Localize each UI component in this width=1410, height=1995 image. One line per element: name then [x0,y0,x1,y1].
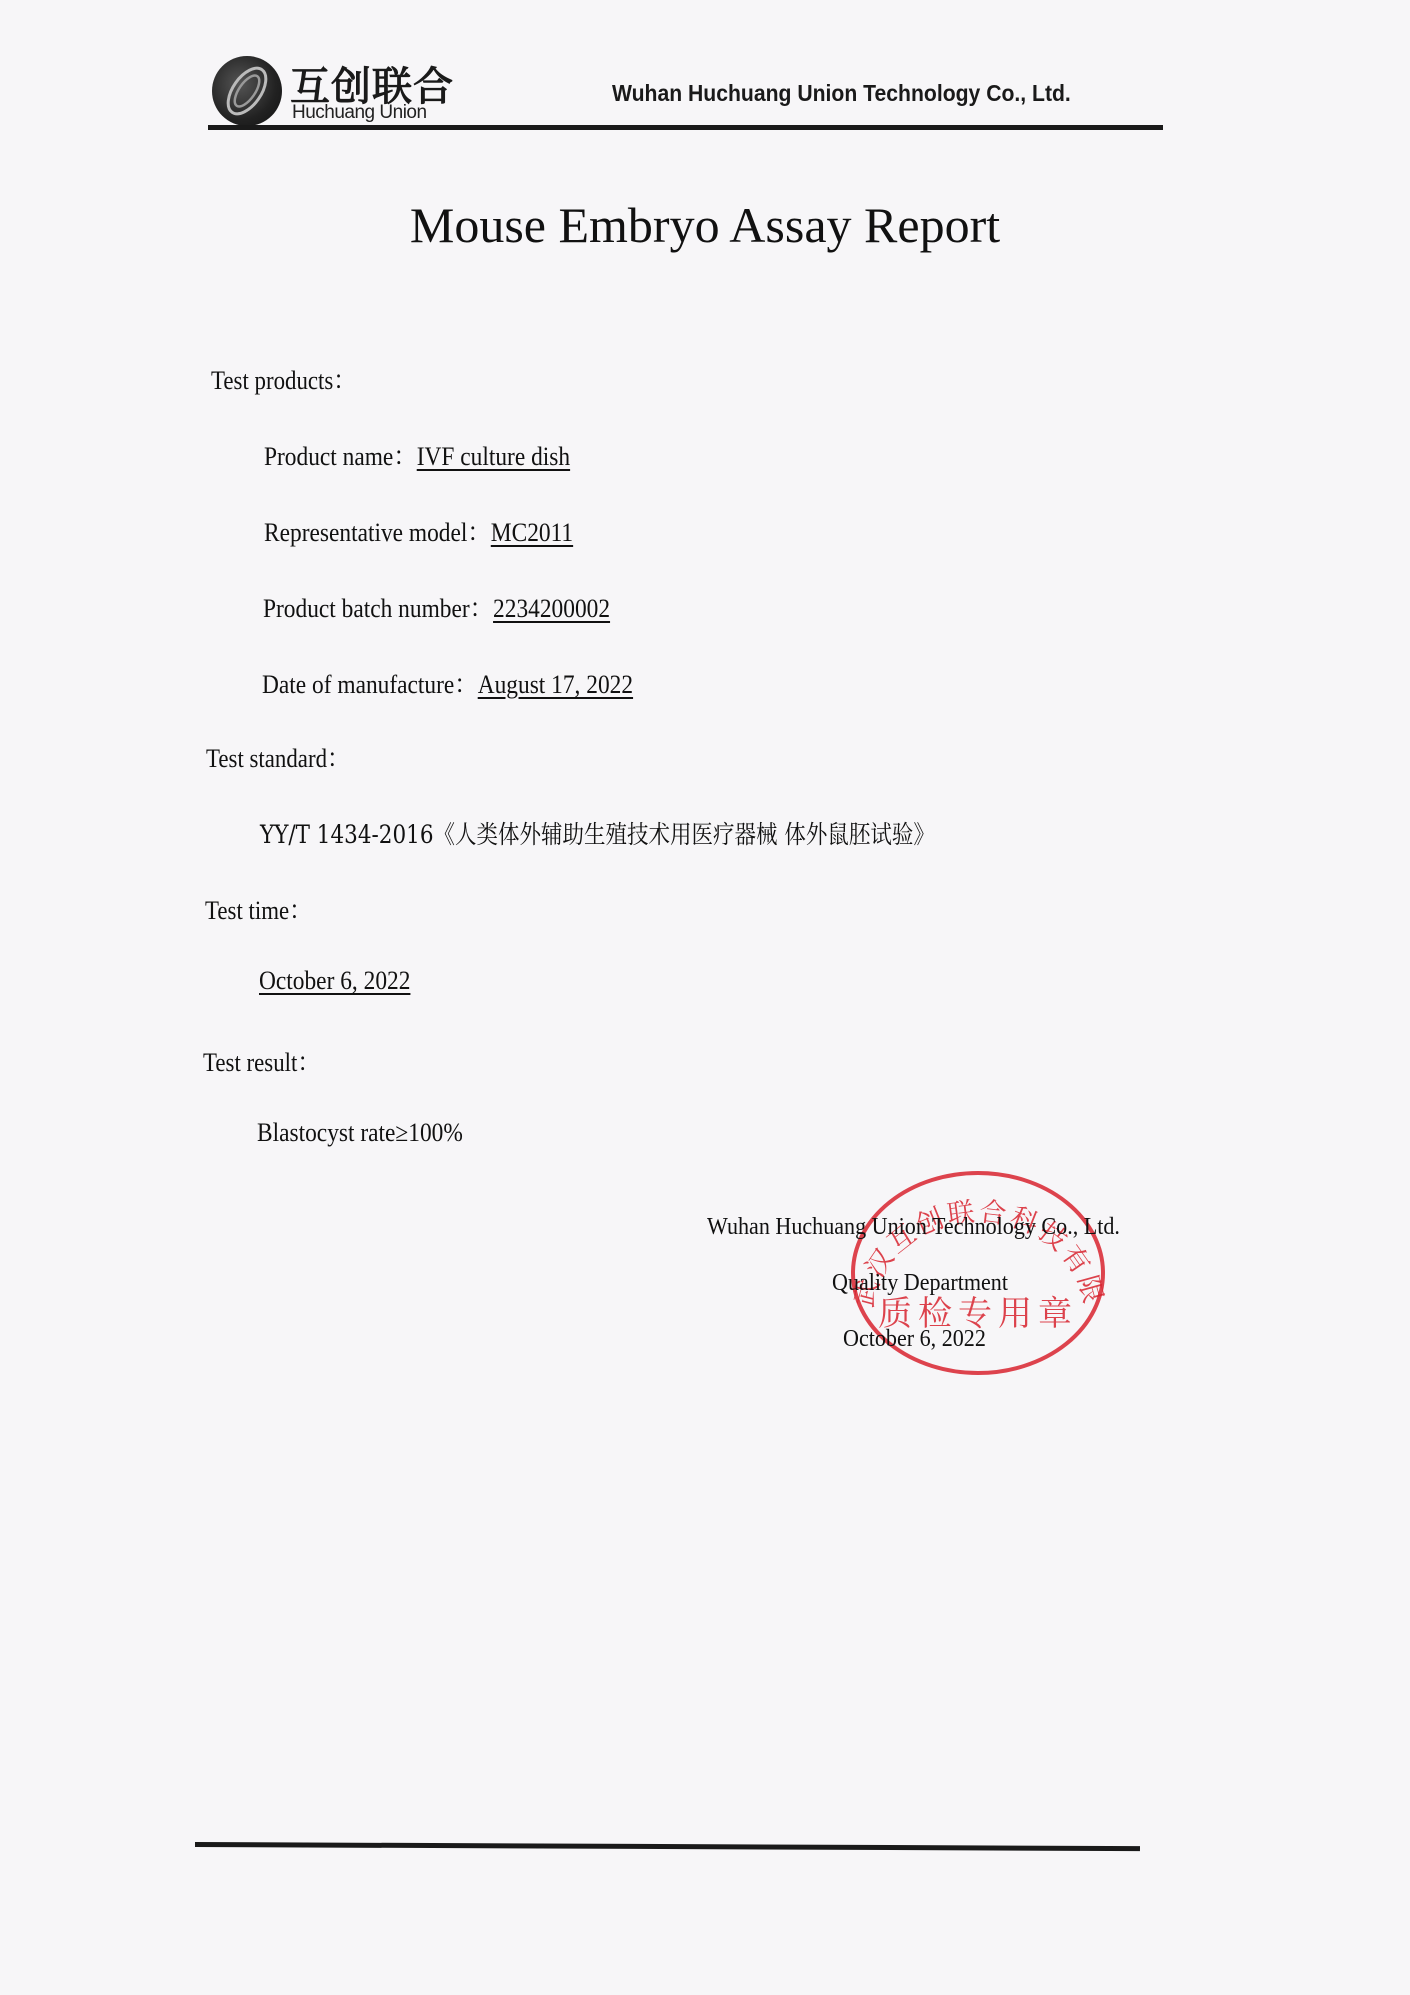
test-result-label: Test result： [203,1042,320,1079]
header-divider [208,125,1163,130]
footer-divider [195,1842,1140,1851]
field-value: August 17, 2022 [478,670,633,699]
signature-company: Wuhan Huchuang Union Technology Co., Ltd… [707,1214,1120,1241]
company-logo-icon [212,56,282,126]
test-result-value: Blastocyst rate≥100% [257,1118,463,1148]
test-products-label: Test products： [211,360,356,397]
product-name-field: Product name：IVF culture dish [264,436,570,473]
representative-model-field: Representative model：MC2011 [264,512,573,549]
signature-date: October 6, 2022 [843,1326,986,1353]
batch-number-field: Product batch number：2234200002 [263,588,610,625]
logo-english-name: Huchuang Union [292,102,427,124]
test-time-value: October 6, 2022 [259,966,410,996]
field-value: IVF culture dish [417,442,570,471]
report-title: Mouse Embryo Assay Report [0,196,1410,254]
manufacture-date-field: Date of manufacture：August 17, 2022 [262,664,633,701]
field-value: MC2011 [491,518,573,547]
header-company-name: Wuhan Huchuang Union Technology Co., Ltd… [612,80,1071,107]
test-time-date: October 6, 2022 [259,966,410,995]
field-label: Product name： [264,442,417,471]
test-standard-label: Test standard： [206,738,350,775]
signature-department: Quality Department [832,1270,1008,1297]
test-time-label: Test time： [205,890,312,927]
field-value: 2234200002 [493,594,610,623]
test-standard-value: YY/T 1434-2016《人类体外辅助生殖技术用医疗器械 体外鼠胚试验》 [260,815,935,851]
field-label: Product batch number： [263,594,493,623]
field-label: Date of manufacture： [262,670,478,699]
field-label: Representative model： [264,518,491,547]
